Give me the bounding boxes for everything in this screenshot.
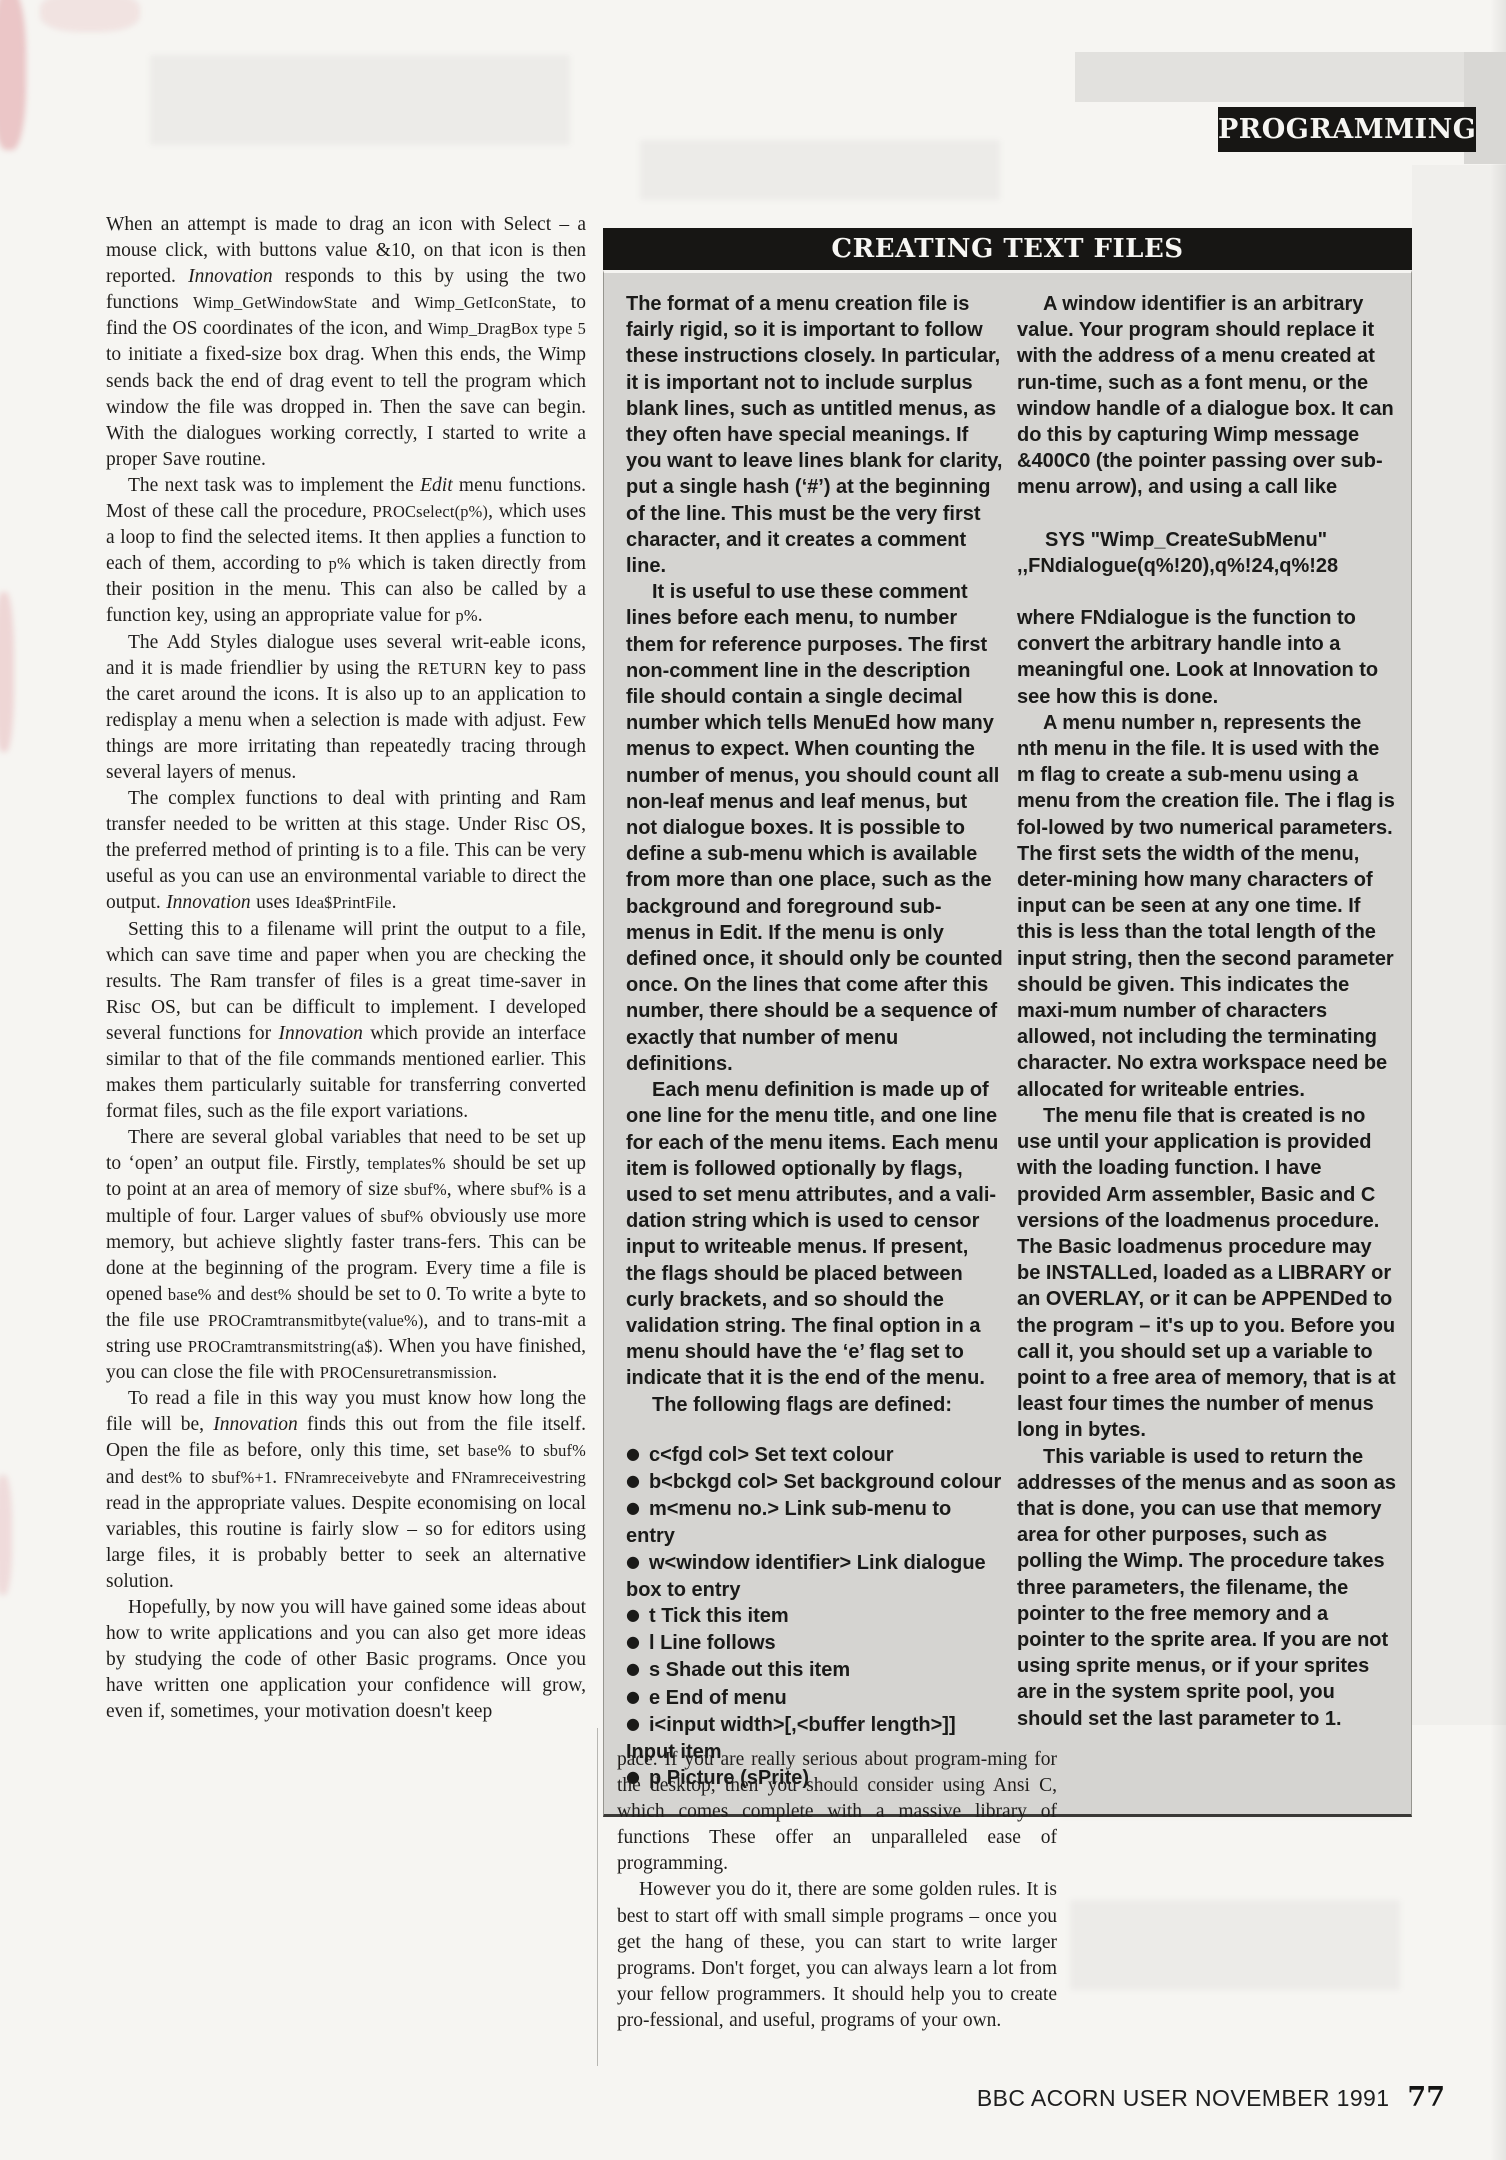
bullet-icon: ● bbox=[626, 1552, 640, 1571]
box-paragraph: A menu number n, represents the nth menu… bbox=[1017, 710, 1397, 1103]
flag-desc: Shade out this item bbox=[660, 1659, 850, 1681]
flag-code: t bbox=[649, 1605, 656, 1627]
text-segment: PROCramtransmitbyte(value%) bbox=[208, 1311, 423, 1330]
flag-list-item: ●t Tick this item bbox=[626, 1603, 1003, 1630]
flag-code: w<window identifier> bbox=[649, 1552, 851, 1574]
text-segment: PROCselect(p%) bbox=[373, 502, 488, 521]
text-segment: base% bbox=[468, 1441, 512, 1460]
programming-section-label: PROGRAMMING bbox=[1218, 114, 1476, 145]
text-segment: Innovation bbox=[213, 1414, 297, 1435]
text-segment: . bbox=[478, 605, 483, 626]
box-paragraph: A window identifier is an arbitrary valu… bbox=[1017, 291, 1397, 501]
page-number: 77 bbox=[1407, 2082, 1445, 2113]
topright-gray-strip bbox=[1075, 52, 1506, 102]
text-segment: and bbox=[409, 1467, 451, 1488]
text-segment: to initiate a fixed-size box drag. When … bbox=[106, 318, 591, 469]
flag-desc: Set text colour bbox=[749, 1444, 893, 1466]
bullet-icon: ● bbox=[626, 1605, 640, 1624]
text-segment: RETURN bbox=[418, 659, 487, 678]
body-paragraph: There are several global variables that … bbox=[106, 1125, 586, 1386]
code-line: ,,FNdialogue(q%!20),q%!24,q%!28 bbox=[1017, 553, 1397, 579]
text-segment: sbuf% bbox=[510, 1180, 553, 1199]
flag-code: m<menu no.> bbox=[649, 1498, 779, 1520]
flag-code: i<input width>[,<buffer length>]] bbox=[649, 1714, 956, 1736]
text-segment: sbuf% bbox=[404, 1180, 447, 1199]
magazine-name: BBC ACORN USER NOVEMBER 1991 bbox=[977, 2085, 1390, 2111]
box-title-bar: CREATING TEXT FILES bbox=[603, 228, 1412, 270]
text-segment: dest% bbox=[141, 1468, 182, 1487]
bullet-icon: ● bbox=[626, 1659, 640, 1678]
body-paragraph: Setting this to a filename will print th… bbox=[106, 917, 586, 1126]
body-paragraph: However you do it, there are some golden… bbox=[617, 1877, 1057, 2034]
pink-smudge-artifact bbox=[0, 592, 14, 752]
text-segment: sbuf% bbox=[543, 1441, 586, 1460]
text-segment: sbuf% bbox=[381, 1207, 424, 1226]
box-title: CREATING TEXT FILES bbox=[831, 234, 1183, 264]
flag-list-item: ●m<menu no.> Link sub-menu to entry bbox=[626, 1496, 1003, 1549]
text-segment: dest% bbox=[251, 1285, 292, 1304]
text-segment: Idea$PrintFile bbox=[295, 893, 391, 912]
showthrough-artifact bbox=[640, 140, 1000, 200]
article-left-column: When an attempt is made to drag an icon … bbox=[106, 212, 586, 1725]
magazine-page: PROGRAMMING When an attempt is made to d… bbox=[0, 0, 1506, 2160]
text-segment: Innovation bbox=[166, 892, 250, 913]
text-segment: Innovation bbox=[278, 1023, 362, 1044]
box-paragraph: This variable is used to return the addr… bbox=[1017, 1444, 1397, 1732]
pink-smudge-artifact bbox=[40, 0, 140, 32]
flag-code: s bbox=[649, 1659, 660, 1681]
code-line: SYS "Wimp_CreateSubMenu" bbox=[1017, 527, 1397, 553]
flag-list-item: ●l Line follows bbox=[626, 1630, 1003, 1657]
text-segment: Wimp_GetIconState bbox=[414, 293, 551, 312]
flag-desc: Line follows bbox=[655, 1632, 776, 1654]
text-segment: However you do it, there are some golden… bbox=[617, 1879, 1062, 2030]
bullet-icon: ● bbox=[626, 1444, 640, 1463]
text-segment: sbuf%+1 bbox=[212, 1468, 273, 1487]
flag-desc: Tick this item bbox=[656, 1605, 789, 1627]
article-bottom-column: pace. If you are really serious about pr… bbox=[617, 1747, 1057, 2034]
flag-code: e bbox=[649, 1687, 660, 1709]
box-column-2: A window identifier is an arbitrary valu… bbox=[1017, 291, 1397, 1792]
text-segment: to bbox=[182, 1467, 211, 1488]
programming-section-banner: PROGRAMMING bbox=[1218, 107, 1476, 152]
showthrough-artifact bbox=[1070, 1900, 1400, 1990]
text-segment: and bbox=[357, 292, 414, 313]
page-footer: BBC ACORN USER NOVEMBER 199177 bbox=[700, 2082, 1445, 2113]
text-segment: pace. If you are really serious about pr… bbox=[617, 1749, 1062, 1874]
flag-list-item: ●b<bckgd col> Set background colour bbox=[626, 1469, 1003, 1496]
body-paragraph: Hopefully, by now you will have gained s… bbox=[106, 1595, 586, 1725]
text-segment: Wimp_GetWindowState bbox=[193, 293, 357, 312]
pink-smudge-artifact bbox=[0, 0, 26, 150]
text-segment: PROCramtransmitstring(a$) bbox=[188, 1337, 378, 1356]
text-segment: p% bbox=[329, 554, 351, 573]
flag-list-item: ●c<fgd col> Set text colour bbox=[626, 1442, 1003, 1469]
bullet-icon: ● bbox=[626, 1632, 640, 1651]
body-paragraph: The next task was to implement the Edit … bbox=[106, 473, 586, 630]
creating-text-files-box: CREATING TEXT FILES The format of a menu… bbox=[603, 228, 1412, 1817]
text-segment: . bbox=[272, 1467, 284, 1488]
bullet-icon: ● bbox=[626, 1471, 640, 1490]
flag-list-item: ●s Shade out this item bbox=[626, 1657, 1003, 1684]
box-paragraph: The menu file that is created is no use … bbox=[1017, 1103, 1397, 1444]
text-segment: templates% bbox=[367, 1154, 445, 1173]
pink-smudge-artifact bbox=[0, 1475, 12, 1595]
text-segment: . bbox=[492, 1362, 497, 1383]
bullet-icon: ● bbox=[626, 1714, 640, 1733]
text-segment: Wimp_DragBox type 5 bbox=[428, 319, 586, 338]
body-paragraph: To read a file in this way you must know… bbox=[106, 1386, 586, 1595]
bullet-icon: ● bbox=[626, 1498, 640, 1517]
box-body: The format of a menu creation file is fa… bbox=[603, 270, 1412, 1817]
flag-desc: End of menu bbox=[660, 1687, 787, 1709]
body-paragraph: When an attempt is made to drag an icon … bbox=[106, 212, 586, 473]
text-segment: uses bbox=[251, 892, 296, 913]
flag-list-item: ●e End of menu bbox=[626, 1685, 1003, 1712]
text-segment: FNramreceivebyte bbox=[284, 1468, 409, 1487]
code-example: SYS "Wimp_CreateSubMenu" ,,FNdialogue(q%… bbox=[1017, 527, 1397, 579]
text-segment: and bbox=[212, 1284, 251, 1305]
right-margin-tint bbox=[1412, 165, 1506, 1725]
text-segment: Hopefully, by now you will have gained s… bbox=[106, 1597, 591, 1722]
text-segment: Edit bbox=[420, 475, 453, 496]
text-segment: The next task was to implement the bbox=[128, 475, 420, 496]
text-segment: FNramreceivestring bbox=[452, 1468, 586, 1487]
flag-list-item: ●w<window identifier> Link dialogue box … bbox=[626, 1550, 1003, 1603]
text-segment: , where bbox=[447, 1179, 511, 1200]
flag-code: c<fgd col> bbox=[649, 1444, 749, 1466]
text-segment: base% bbox=[168, 1285, 212, 1304]
flag-list: ●c<fgd col> Set text colour●b<bckgd col>… bbox=[626, 1442, 1003, 1793]
box-paragraph: It is useful to use these comment lines … bbox=[626, 579, 1003, 1077]
body-paragraph: The Add Styles dialogue uses several wri… bbox=[106, 630, 586, 787]
text-segment: Innovation bbox=[188, 266, 272, 287]
box-column-1: The format of a menu creation file is fa… bbox=[626, 291, 1003, 1792]
box-paragraph: Each menu definition is made up of one l… bbox=[626, 1077, 1003, 1391]
flag-code: b<bckgd col> bbox=[649, 1471, 778, 1493]
body-paragraph: pace. If you are really serious about pr… bbox=[617, 1747, 1057, 1877]
text-segment: p% bbox=[456, 606, 478, 625]
flag-desc: Set background colour bbox=[778, 1471, 1001, 1493]
text-segment: PROCensuretransmission bbox=[320, 1363, 493, 1382]
showthrough-artifact bbox=[150, 55, 570, 145]
bullet-icon: ● bbox=[626, 1687, 640, 1706]
text-segment: . bbox=[392, 892, 397, 913]
body-paragraph: The complex functions to deal with print… bbox=[106, 786, 586, 916]
text-segment: to bbox=[511, 1440, 543, 1461]
box-paragraph: where FNdialogue is the function to conv… bbox=[1017, 605, 1397, 710]
box-flags-intro: The following flags are defined: bbox=[626, 1392, 1003, 1418]
box-paragraph: The format of a menu creation file is fa… bbox=[626, 291, 1003, 579]
column-divider-rule bbox=[597, 1728, 598, 2066]
